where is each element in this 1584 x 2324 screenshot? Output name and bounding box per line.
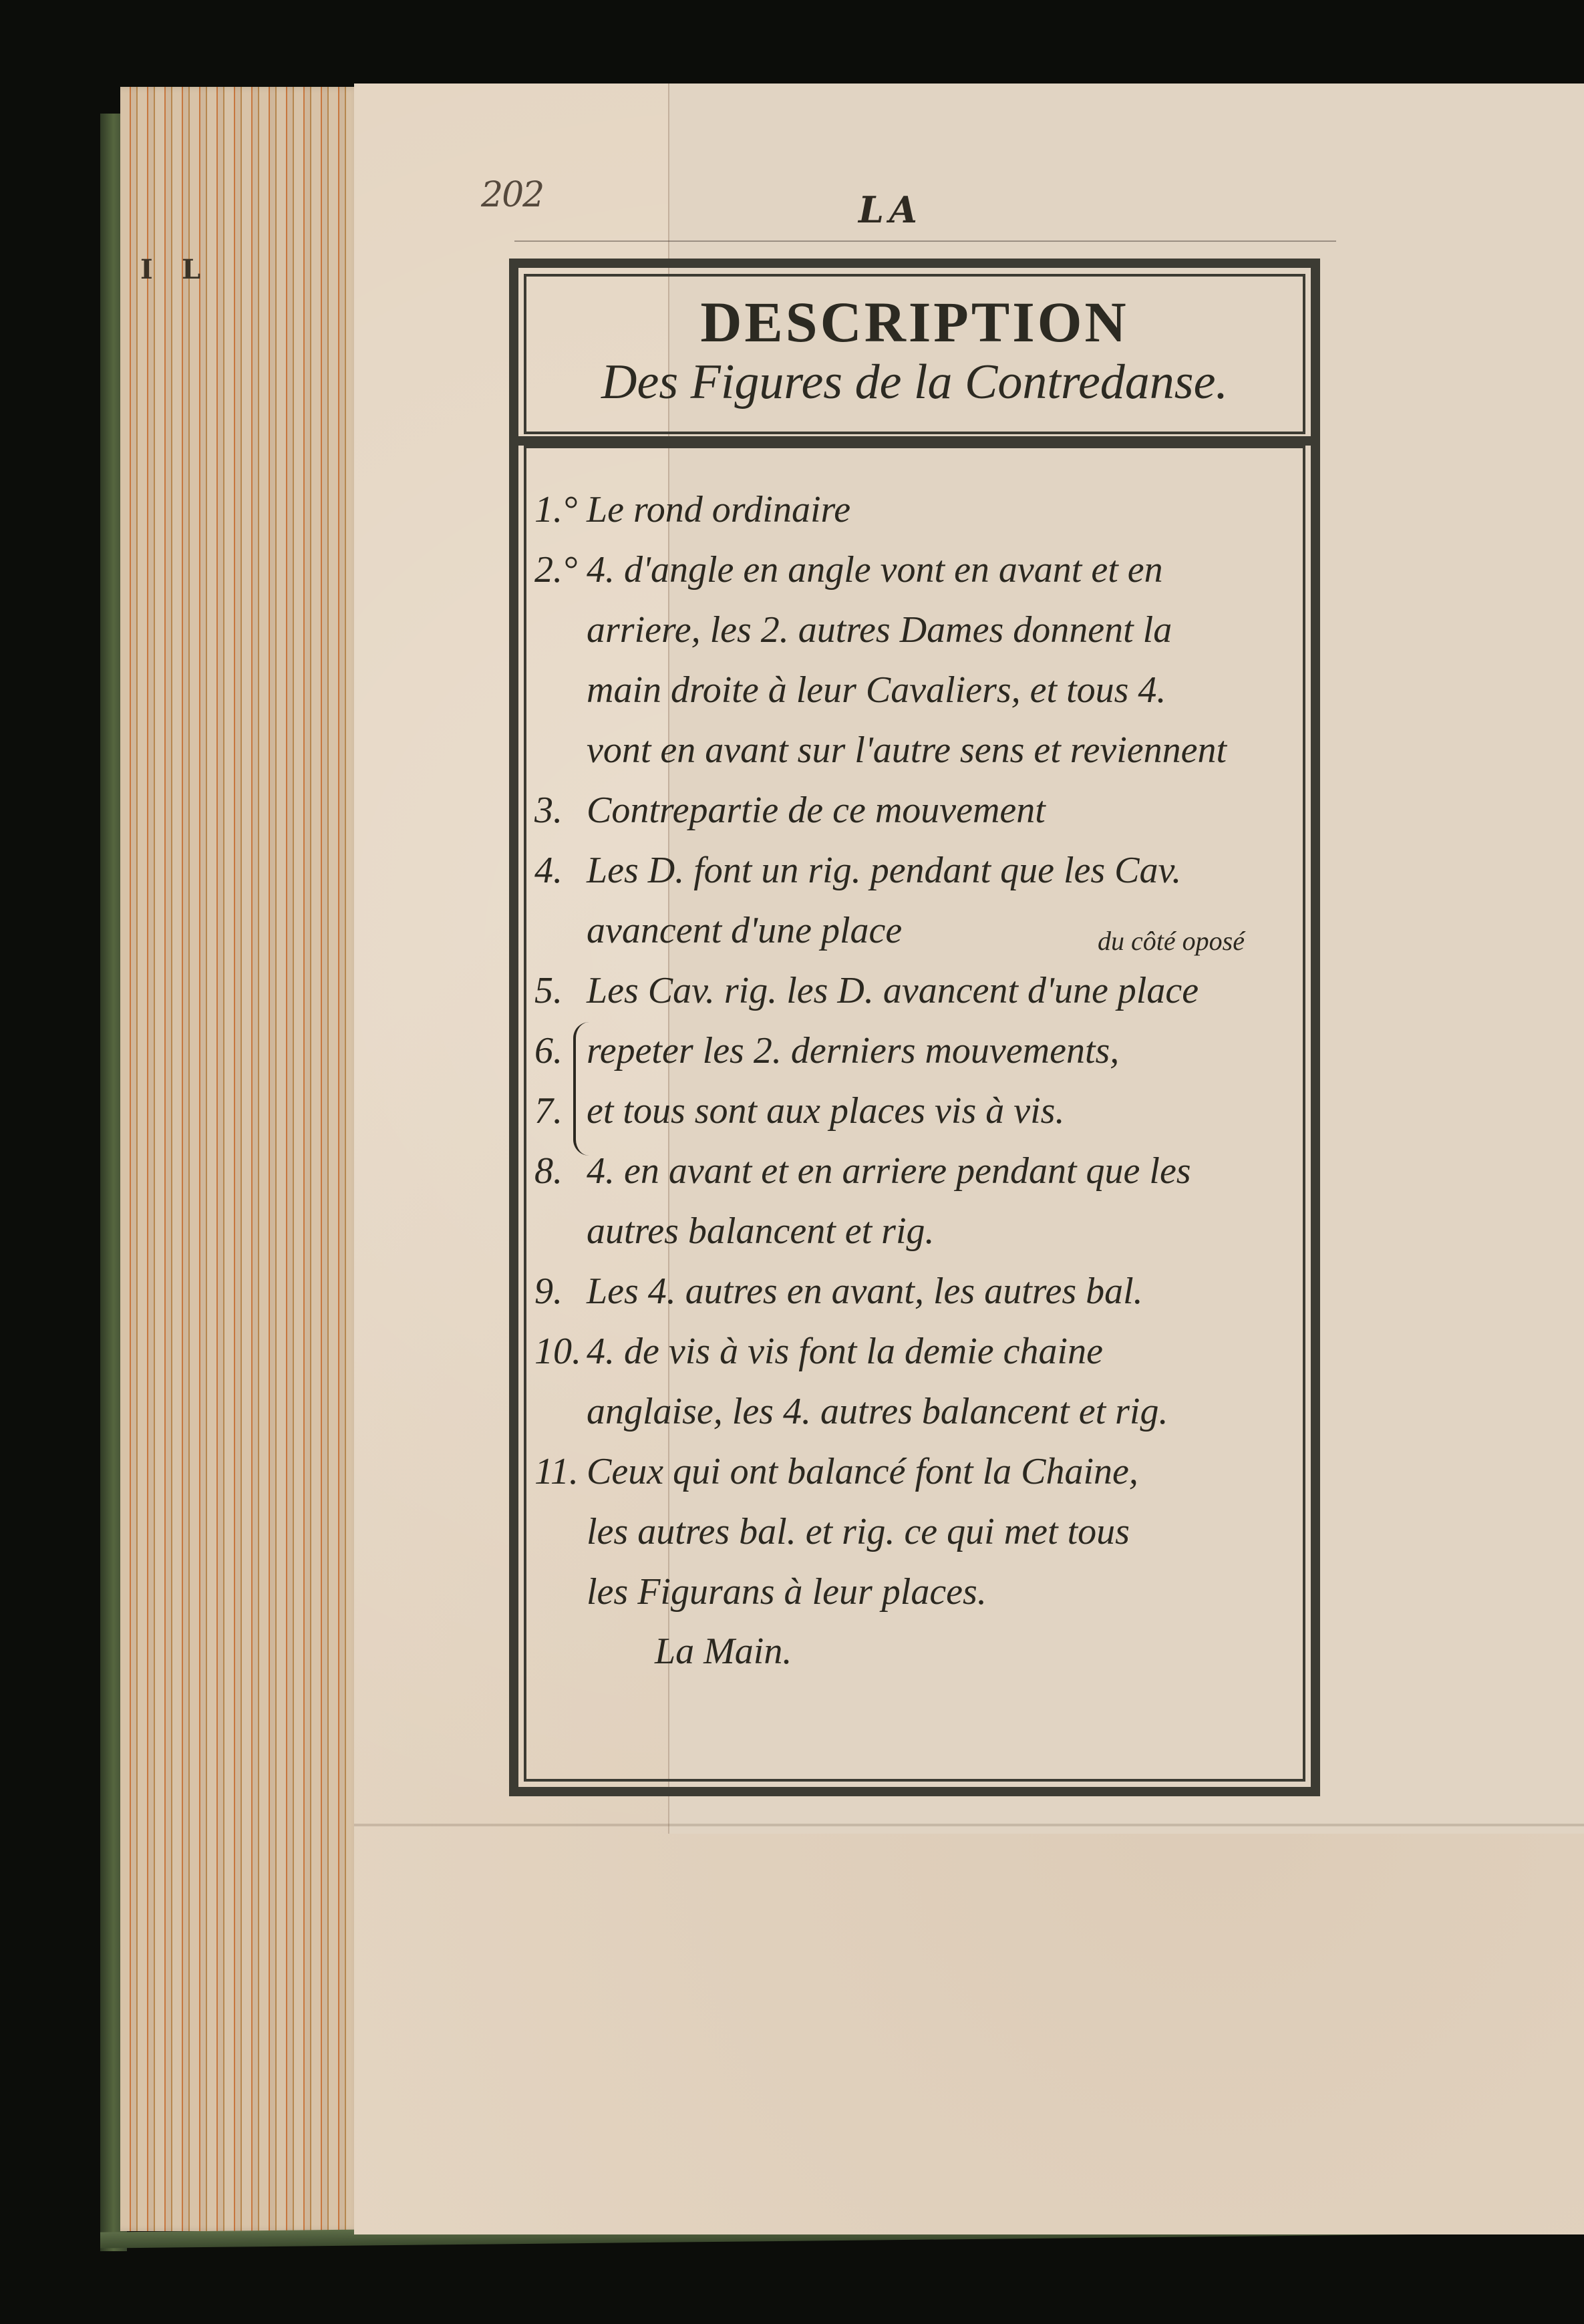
item-number: 1.° [534, 480, 585, 540]
list-item-continuation: les autres bal. et rig. ce qui met tous [534, 1502, 1303, 1562]
item-text: Les 4. autres en avant, les autres bal. [587, 1261, 1143, 1321]
list-item: 5. Les Cav. rig. les D. avancent d'une p… [534, 961, 1303, 1021]
item-text: arriere, les 2. autres Dames donnent la [587, 600, 1172, 660]
running-head: LA [858, 188, 923, 231]
list-item: 10. 4. de vis à vis font la demie chaine [534, 1321, 1303, 1381]
list-item: 3. Contrepartie de ce mouvement [534, 780, 1303, 840]
list-item-continuation: autres balancent et rig. [534, 1201, 1303, 1261]
item-text: Les D. font un rig. pendant que les Cav. [587, 840, 1181, 900]
item-text: les autres bal. et rig. ce qui met tous [587, 1502, 1130, 1562]
item-text: main droite à leur Cavaliers, et tous 4. [587, 660, 1166, 720]
item-text: et tous sont aux places vis à vis. [587, 1081, 1064, 1141]
item-text: avancent d'une place [587, 900, 902, 961]
list-item: 9. Les 4. autres en avant, les autres ba… [534, 1261, 1303, 1321]
item-text: Le rond ordinaire [587, 480, 850, 540]
stack-mark: L [182, 254, 200, 285]
item-text: anglaise, les 4. autres balancent et rig… [587, 1381, 1168, 1442]
item-number: 2.° [534, 540, 585, 600]
list-item: 7. et tous sont aux places vis à vis. [534, 1081, 1303, 1141]
list-item-continuation: main droite à leur Cavaliers, et tous 4. [534, 660, 1303, 720]
item-text: 4. d'angle en angle vont en avant et en [587, 540, 1163, 600]
brace-bracket-6-7 [573, 1022, 589, 1156]
item-number: 11. [534, 1442, 585, 1502]
header-rule [514, 240, 1336, 242]
item-number: 5. [534, 961, 585, 1021]
list-item: 2.° 4. d'angle en angle vont en avant et… [534, 540, 1303, 600]
page-subtitle: Des Figures de la Contredanse. [524, 354, 1305, 411]
item-text: 4. en avant et en arriere pendant que le… [587, 1141, 1191, 1201]
list-item: 11. Ceux qui ont balancé font la Chaine, [534, 1442, 1303, 1502]
list-item: 1.° Le rond ordinaire [534, 480, 1303, 540]
item-text: Les Cav. rig. les D. avancent d'une plac… [587, 961, 1199, 1021]
list-item-continuation: anglaise, les 4. autres balancent et rig… [534, 1381, 1303, 1442]
item-number: 3. [534, 780, 585, 840]
item-text: Ceux qui ont balancé font la Chaine, [587, 1442, 1138, 1502]
list-item: 4. Les D. font un rig. pendant que les C… [534, 840, 1303, 900]
page-title: DESCRIPTION [524, 289, 1305, 355]
list-item-continuation: vont en avant sur l'autre sens et revien… [534, 720, 1303, 780]
item-text: 4. de vis à vis font la demie chaine [587, 1321, 1103, 1381]
list-item: 8. 4. en avant et en arriere pendant que… [534, 1141, 1303, 1201]
page-stack: I L [120, 87, 361, 2231]
item-text: autres balancent et rig. [587, 1201, 935, 1261]
item-text: vont en avant sur l'autre sens et revien… [587, 720, 1227, 780]
item-text: les Figurans à leur places. [587, 1562, 987, 1622]
list-item-continuation: les Figurans à leur places. [534, 1562, 1303, 1622]
figure-list: 1.° Le rond ordinaire 2.° 4. d'angle en … [534, 480, 1303, 1622]
title-separator-rule [518, 436, 1311, 446]
closing-figure-name: La Main. [655, 1630, 792, 1673]
item-text: repeter les 2. derniers mouvements, [587, 1021, 1119, 1081]
list-item: 6. repeter les 2. derniers mouvements, [534, 1021, 1303, 1081]
item-text: Contrepartie de ce mouvement [587, 780, 1046, 840]
item-number: 10. [534, 1321, 585, 1381]
interlinear-note: du côté oposé [1098, 925, 1245, 957]
item-number: 9. [534, 1261, 585, 1321]
handwritten-page-number: 202 [481, 175, 543, 215]
stack-mark: I [140, 254, 153, 285]
page-fold-line [354, 1824, 1584, 1826]
list-item-continuation: arriere, les 2. autres Dames donnent la [534, 600, 1303, 660]
item-number: 4. [534, 840, 585, 900]
